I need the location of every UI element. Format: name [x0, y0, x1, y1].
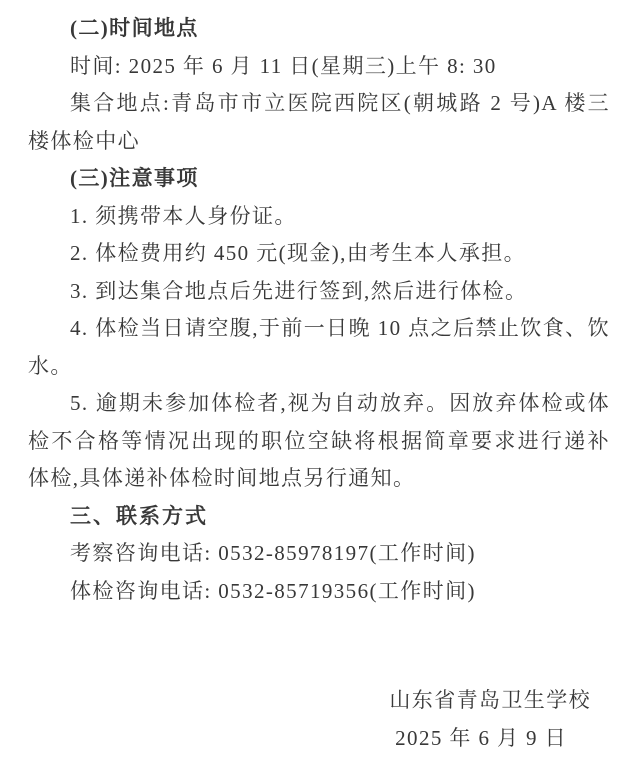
signature-block: 山东省青岛卫生学校 2025 年 6 月 9 日	[28, 682, 610, 757]
paragraph-exam-time: 时间: 2025 年 6 月 11 日(星期三)上午 8: 30	[28, 48, 610, 86]
section-heading-notes: (三)注意事项	[28, 160, 610, 198]
note-item-4: 4. 体检当日请空腹,于前一日晚 10 点之后禁止饮食、饮水。	[28, 310, 610, 385]
note-item-5: 5. 逾期未参加体检者,视为自动放弃。因放弃体检或体检不合格等情况出现的职位空缺…	[28, 385, 610, 498]
section-heading-contact: 三、联系方式	[28, 498, 610, 536]
paragraph-meeting-place: 集合地点:青岛市市立医院西院区(朝城路 2 号)A 楼三楼体检中心	[28, 85, 610, 160]
signature-organization: 山东省青岛卫生学校	[28, 682, 610, 720]
note-item-3: 3. 到达集合地点后先进行签到,然后进行体检。	[28, 273, 610, 311]
paragraph-exam-phone: 体检咨询电话: 0532-85719356(工作时间)	[28, 573, 610, 611]
signature-date: 2025 年 6 月 9 日	[28, 720, 610, 758]
note-item-2: 2. 体检费用约 450 元(现金),由考生本人承担。	[28, 235, 610, 273]
notice-document-page: (二)时间地点 时间: 2025 年 6 月 11 日(星期三)上午 8: 30…	[0, 0, 637, 777]
section-heading-time-place: (二)时间地点	[28, 10, 610, 48]
paragraph-inspection-phone: 考察咨询电话: 0532-85978197(工作时间)	[28, 535, 610, 573]
note-item-1: 1. 须携带本人身份证。	[28, 198, 610, 236]
